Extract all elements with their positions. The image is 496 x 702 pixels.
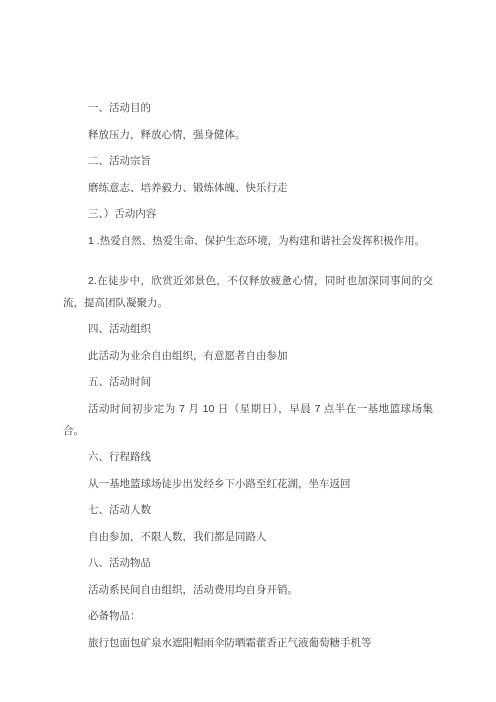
paragraph: 自由参加，不限人数，我们都是同路人 <box>63 526 433 548</box>
paragraph: 七、活动人数 <box>63 499 433 521</box>
paragraph: 八、活动物品 <box>63 552 433 574</box>
paragraph: 2.在徒步中，欣赏近郊景色，不仅释放疲惫心情，同时也加深同事间的交 流，提高团队… <box>63 270 433 314</box>
paragraph: 必备物品： <box>63 605 433 627</box>
document-page: 一、活动目的释放压力，释放心情，强身健体。二、活动宗旨磨练意志、培养毅力、锻炼体… <box>0 0 496 702</box>
paragraph: 一、活动目的 <box>63 97 433 119</box>
paragraph: 释放压力，释放心情，强身健体。 <box>63 124 433 146</box>
document-body: 一、活动目的释放压力，释放心情，强身健体。二、活动宗旨磨练意志、培养毅力、锻炼体… <box>63 97 433 658</box>
paragraph: 二、活动宗旨 <box>63 150 433 172</box>
paragraph: 从一基地篮球场徒步出发经乡下小路至红花湖，坐车返回 <box>63 473 433 495</box>
paragraph: 六、行程路线 <box>63 446 433 468</box>
paragraph: 活动系民间自由组织，活动费用均自身开销。 <box>63 579 433 601</box>
paragraph: 三、）舌动内容 <box>63 203 433 225</box>
paragraph: 磨练意志、培养毅力、锻炼体魄、快乐行走 <box>63 177 433 199</box>
paragraph: 四、活动组织 <box>63 318 433 340</box>
paragraph: 1 .热爱自然、热爱生命、保护生态环境，为构建和谐社会发挥积极作用。 <box>63 230 433 252</box>
paragraph: 旅行包面包矿泉水遮阳帽雨伞防晒霜藿香正气液葡萄糖手机等 <box>63 632 433 654</box>
paragraph: 五、活动时间 <box>63 371 433 393</box>
paragraph: 活动时间初步定为 7 月 10 日（星期日），早晨 7 点半在一基地篮球场集合。 <box>63 398 433 442</box>
paragraph: 此活动为业余自由组织，有意愿者自由参加 <box>63 345 433 367</box>
